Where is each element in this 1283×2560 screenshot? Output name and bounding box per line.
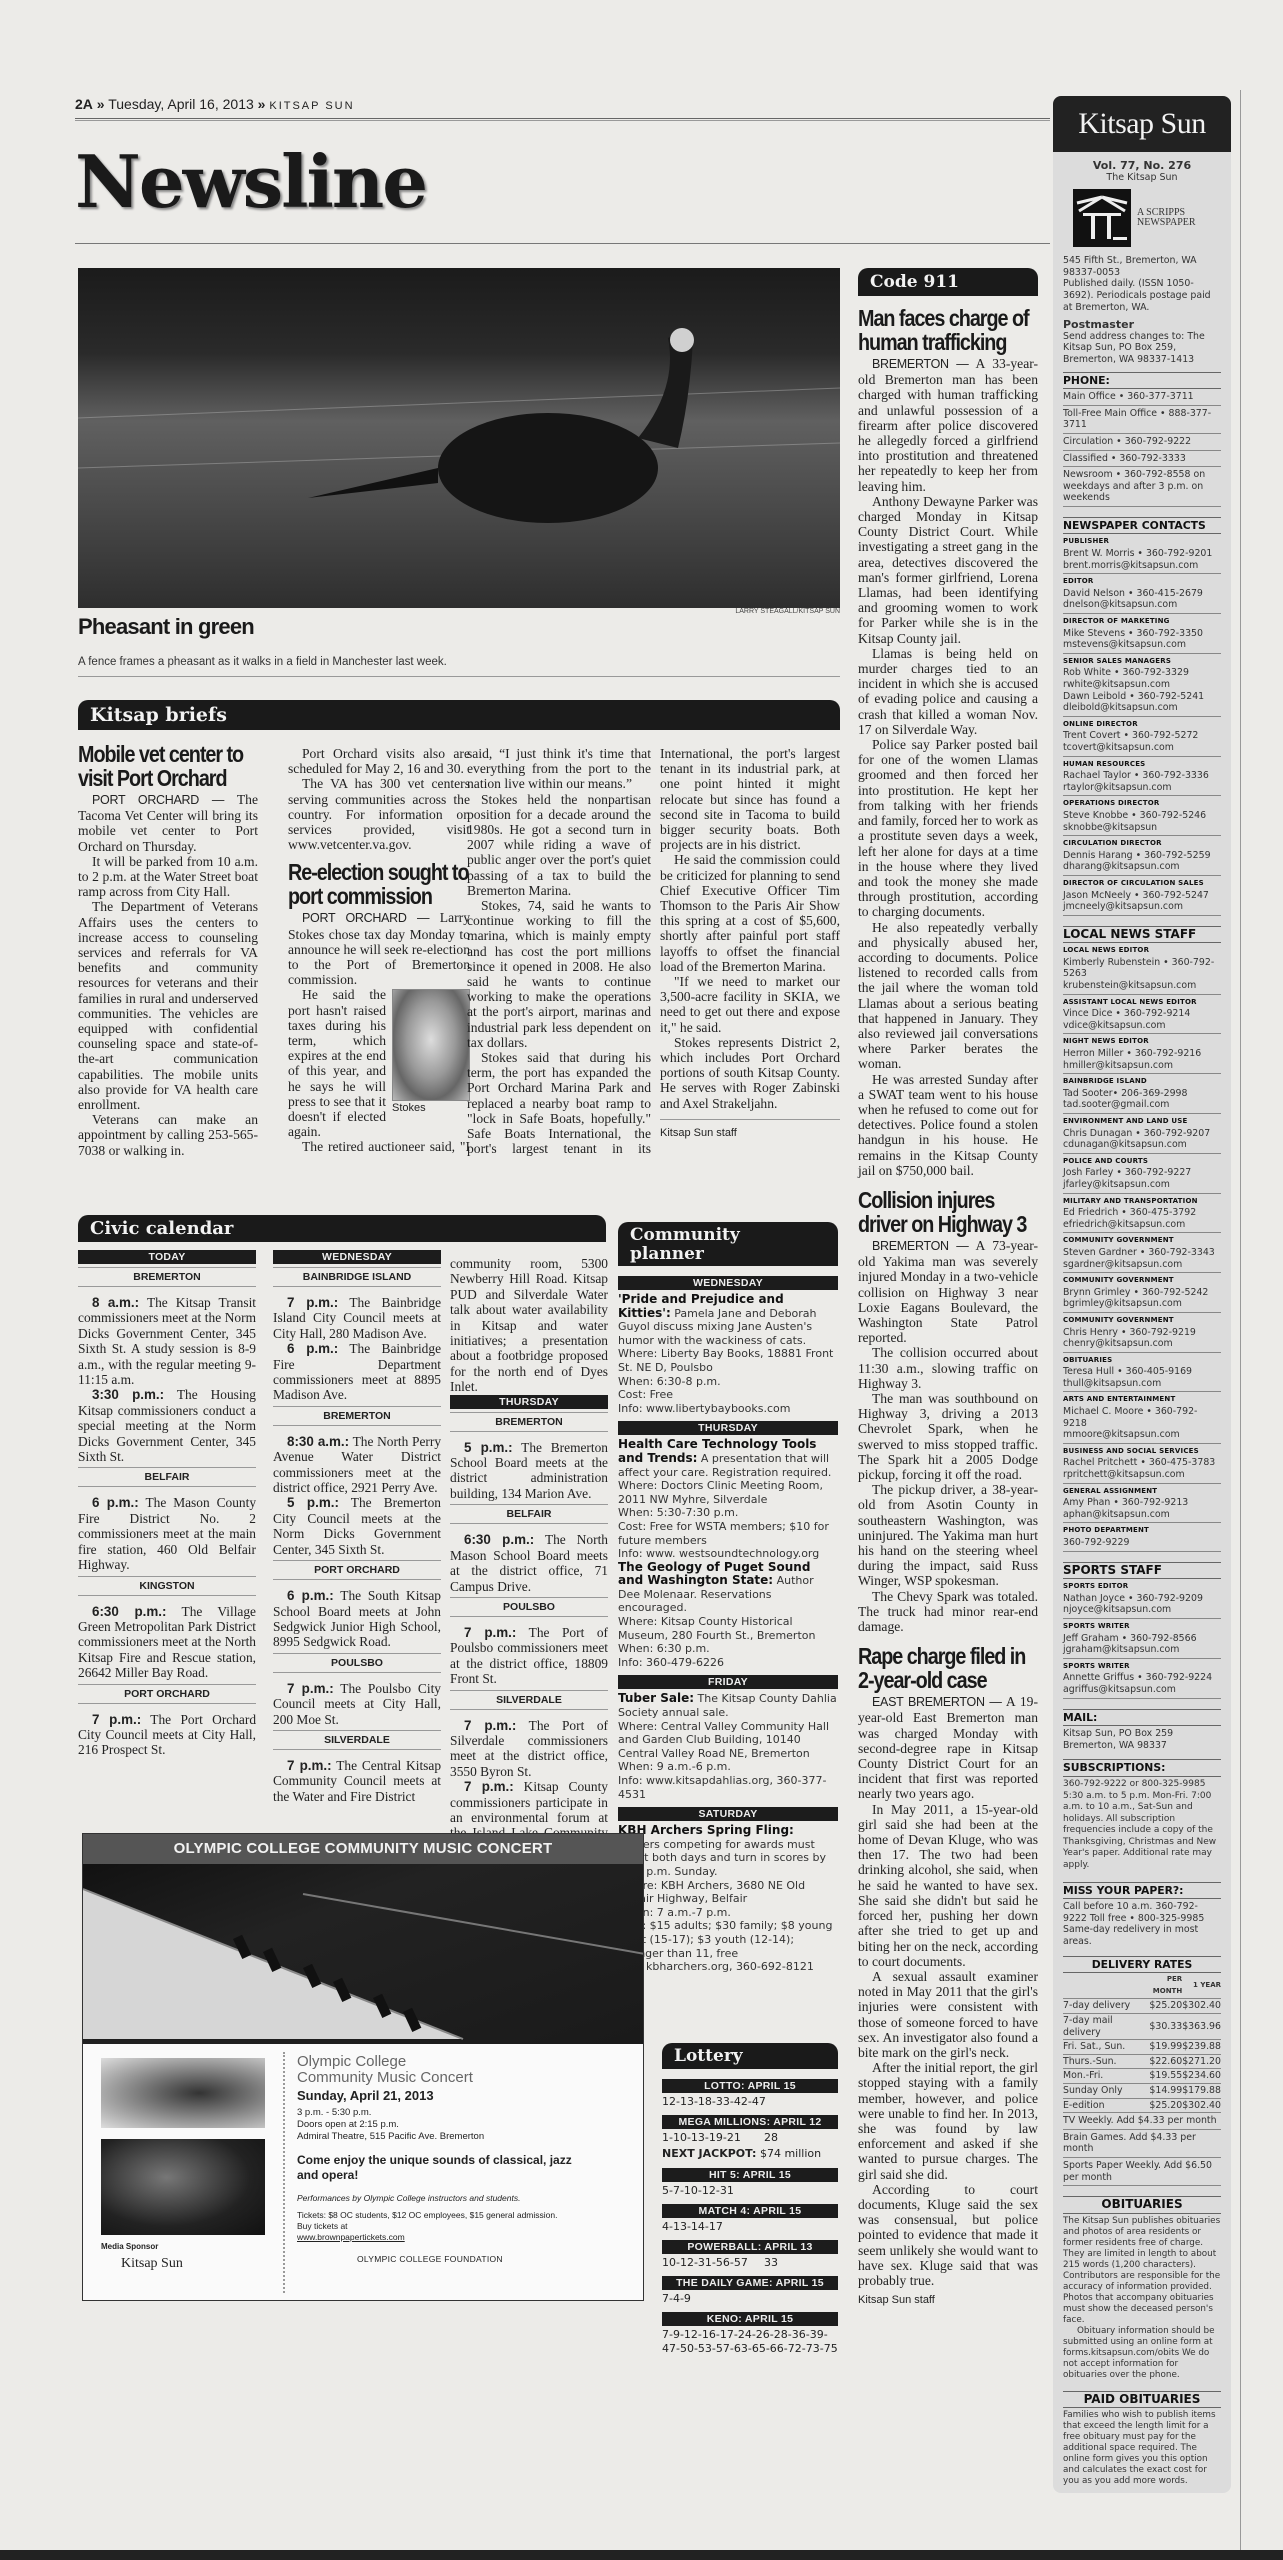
planner-day-header: SATURDAY bbox=[618, 1807, 838, 1821]
rail-volume: Vol. 77, No. 276 bbox=[1063, 160, 1221, 172]
briefs-credit: Kitsap Sun staff bbox=[660, 1127, 737, 1139]
calendar-item: 7 p.m.: The Port Orchard City Council me… bbox=[78, 1712, 256, 1758]
staff-email[interactable]: mstevens@kitsapsun.com bbox=[1063, 639, 1221, 651]
staff-contact: SPORTS EDITORNathan Joyce • 360-792-9209… bbox=[1063, 1579, 1221, 1619]
calendar-item: 7 p.m.: The Poulsbo City Council meets a… bbox=[273, 1681, 441, 1727]
calendar-location: BREMERTON bbox=[78, 1267, 256, 1287]
ad-banner: OLYMPIC COLLEGE COMMUNITY MUSIC CONCERT bbox=[83, 1834, 643, 1864]
photo-caption: A fence frames a pheasant as it walks in… bbox=[78, 656, 447, 668]
planner-event: Health Care Technology Tools and Trends:… bbox=[618, 1438, 838, 1560]
calendar-location: BREMERTON bbox=[450, 1412, 608, 1432]
ad-tickets: Tickets: $8 OC students, $12 OC employee… bbox=[297, 2210, 567, 2232]
ad-piano-image: OLYMPIC COLLEGE COMMUNITY MUSIC CONCERT bbox=[83, 1834, 643, 2044]
phone-line: Classified • 360-792-3333 bbox=[1063, 451, 1221, 468]
phone-line: Circulation • 360-792-9222 bbox=[1063, 434, 1221, 451]
staff-email[interactable]: dharang@kitsapsun.com bbox=[1063, 861, 1221, 873]
calendar-item: 8 a.m.: The Kitsap Transit commissioners… bbox=[78, 1295, 256, 1387]
staff-email[interactable]: rwhite@kitsapsun.com bbox=[1063, 679, 1221, 691]
community-planner-bar: Community planner bbox=[618, 1222, 838, 1266]
lottery-numbers: 7-9-12-16-17-24-26-28-36-39-47-50-53-57-… bbox=[662, 2326, 838, 2356]
calendar-item: 6 p.m.: The Mason County Fire District N… bbox=[78, 1495, 256, 1572]
rate-row: 7-day delivery$25.20$302.40 bbox=[1063, 1999, 1221, 2014]
kitsap-briefs-bar: Kitsap briefs bbox=[78, 700, 840, 730]
staff-contact: POLICE AND COURTSJosh Farley • 360-792-9… bbox=[1063, 1154, 1221, 1194]
staff-email[interactable]: dnelson@kitsapsun.com bbox=[1063, 599, 1221, 611]
lottery-game-header: POWERBALL: APRIL 13 bbox=[662, 2240, 838, 2254]
calendar-location: BREMERTON bbox=[273, 1406, 441, 1426]
ad-sponsor-logo: Kitsap Sun bbox=[121, 2256, 183, 2272]
brief-headline: Re-election sought to port commission bbox=[288, 860, 470, 908]
calendar-location: SILVERDALE bbox=[450, 1690, 608, 1710]
photo-credit: LARRY STEAGALL/KITSAP SUN bbox=[640, 608, 840, 615]
staff-contact: DIRECTOR OF CIRCULATION SALESJason McNee… bbox=[1063, 876, 1221, 916]
staff-contact: GENERAL ASSIGNMENTAmy Phan • 360-792-921… bbox=[1063, 1484, 1221, 1524]
staff-email[interactable]: hmiller@kitsapsun.com bbox=[1063, 1060, 1221, 1072]
staff-email[interactable]: sknobbe@kitsapsun bbox=[1063, 822, 1221, 834]
calendar-item: 6 p.m.: The South Kitsap School Board me… bbox=[273, 1588, 441, 1650]
scripps-lighthouse-icon bbox=[1073, 189, 1131, 247]
lottery-numbers: 1-10-13-19-2128 bbox=[662, 2129, 838, 2145]
lottery-numbers: 4-13-14-17 bbox=[662, 2218, 838, 2234]
photo-headline: Pheasant in green bbox=[78, 614, 254, 640]
calendar-item: 8:30 a.m.: The North Perry Avenue Water … bbox=[273, 1434, 441, 1496]
calendar-location: PORT ORCHARD bbox=[78, 1684, 256, 1704]
calendar-item: 7 p.m.: The Bainbridge Island City Counc… bbox=[273, 1295, 441, 1341]
staff-email[interactable]: mmoore@kitsapsun.com bbox=[1063, 1429, 1221, 1441]
staff-email[interactable]: brent.morris@kitsapsun.com bbox=[1063, 560, 1221, 572]
rate-row: Thurs.-Sun.$22.60$271.20 bbox=[1063, 2054, 1221, 2069]
civic-calendar-bar: Civic calendar bbox=[78, 1215, 606, 1242]
calendar-item: 7 p.m.: The Port of Poulsbo commissioner… bbox=[450, 1625, 608, 1687]
ad-foundation-logo: OLYMPIC COLLEGE FOUNDATION bbox=[357, 2254, 637, 2264]
staff-email[interactable]: aphan@kitsapsun.com bbox=[1063, 1509, 1221, 1521]
calendar-item: 6 p.m.: The Bainbridge Fire Department c… bbox=[273, 1341, 441, 1403]
staff-contact: BAINBRIDGE ISLANDTad Sooter• 206-369-299… bbox=[1063, 1074, 1221, 1114]
ad-mask-image bbox=[101, 2058, 265, 2128]
planner-day-header: WEDNESDAY bbox=[618, 1276, 838, 1290]
calendar-item: 7 p.m.: The Port of Silverdale commissio… bbox=[450, 1718, 608, 1780]
calendar-item: 6:30 p.m.: The Village Green Metropolita… bbox=[78, 1604, 256, 1681]
civic-col-today: TODAYBREMERTON8 a.m.: The Kitsap Transit… bbox=[78, 1250, 256, 1758]
staff-contact: ARTS AND ENTERTAINMENTMichael C. Moore •… bbox=[1063, 1392, 1221, 1443]
folio-line: 2A » Tuesday, April 16, 2013 » KITSAP SU… bbox=[75, 96, 355, 112]
ad-venue: Admiral Theatre, 515 Pacific Ave. Bremer… bbox=[297, 2131, 637, 2143]
staff-contact: BUSINESS AND SOCIAL SERVICESRachel Pritc… bbox=[1063, 1444, 1221, 1484]
staff-contact: SPORTS WRITERJeff Graham • 360-792-8566j… bbox=[1063, 1619, 1221, 1659]
brief-stokes-col2: said, “I just think it's time that every… bbox=[467, 746, 651, 1156]
rate-row: Mon.-Fri.$19.55$234.60 bbox=[1063, 2069, 1221, 2084]
calendar-day-header: TODAY bbox=[78, 1250, 256, 1264]
page-number: 2A bbox=[75, 96, 93, 112]
staff-email[interactable]: jgraham@kitsapsun.com bbox=[1063, 1644, 1221, 1656]
rate-row: 7-day mail delivery$30.33$363.96 bbox=[1063, 2014, 1221, 2040]
staff-email[interactable]: sgardner@kitsapsun.com bbox=[1063, 1259, 1221, 1271]
rate-row: E-edition$25.20$302.40 bbox=[1063, 2098, 1221, 2113]
calendar-item: 3:30 p.m.: The Housing Kitsap commission… bbox=[78, 1387, 256, 1464]
staff-email[interactable]: agriffus@kitsapsun.com bbox=[1063, 1684, 1221, 1696]
section-title: Newsline bbox=[75, 142, 426, 222]
issue-date: Tuesday, April 16, 2013 bbox=[108, 96, 254, 112]
code911-headline: Rape charge filed in 2-year-old case bbox=[858, 1644, 1039, 1692]
staff-email[interactable]: njoyce@kitsapsun.com bbox=[1063, 1604, 1221, 1616]
planner-event: Tuber Sale: The Kitsap County Dahlia Soc… bbox=[618, 1692, 838, 1801]
brief-stokes-col3: International, the port's largest tenant… bbox=[660, 746, 840, 1141]
paper-name: KITSAP SUN bbox=[269, 100, 354, 112]
folio-rule bbox=[75, 118, 1050, 121]
phone-line: Toll-Free Main Office • 888-377-3711 bbox=[1063, 406, 1221, 434]
ad-date: Sunday, April 21, 2013 bbox=[297, 2088, 637, 2103]
ad-ticket-link[interactable]: www.brownpapertickets.com bbox=[297, 2232, 637, 2242]
staff-email[interactable]: tcovert@kitsapsun.com bbox=[1063, 742, 1221, 754]
lottery-game-header: MATCH 4: APRIL 15 bbox=[662, 2204, 838, 2218]
staff-contact: SENIOR SALES MANAGERSRob White • 360-792… bbox=[1063, 654, 1221, 717]
lottery-results: LOTTO: APRIL 1512-13-18-33-42-47MEGA MIL… bbox=[662, 2073, 838, 2356]
rate-row: Fri. Sat., Sun.$19.99$239.88 bbox=[1063, 2040, 1221, 2055]
lottery-game-header: HIT 5: APRIL 15 bbox=[662, 2168, 838, 2182]
right-rail: Kitsap Sun Vol. 77, No. 276 The Kitsap S… bbox=[1053, 96, 1231, 2536]
lottery-game-header: KENO: APRIL 15 bbox=[662, 2312, 838, 2326]
calendar-item: 7 p.m.: The Central Kitsap Community Cou… bbox=[273, 1758, 441, 1804]
ad-tagline: Come enjoy the unique sounds of classica… bbox=[297, 2153, 577, 2183]
next-jackpot: NEXT JACKPOT: $74 million bbox=[662, 2145, 838, 2162]
rail-logo: Kitsap Sun bbox=[1053, 96, 1231, 152]
staff-email[interactable]: bgrimley@kitsapsun.com bbox=[1063, 1298, 1221, 1310]
staff-contact: DIRECTOR OF MARKETINGMike Stevens • 360-… bbox=[1063, 614, 1221, 654]
planner-listing: WEDNESDAY'Pride and Prejudice and Kittie… bbox=[618, 1270, 838, 1974]
planner-event: 'Pride and Prejudice and Kitties': Pamel… bbox=[618, 1293, 838, 1415]
lottery-game-header: LOTTO: APRIL 15 bbox=[662, 2079, 838, 2093]
calendar-item: 6:30 p.m.: The North Mason School Board … bbox=[450, 1532, 608, 1594]
staff-email[interactable]: krubenstein@kitsapsun.com bbox=[1063, 980, 1221, 992]
lottery-numbers: 5-7-10-12-31 bbox=[662, 2182, 838, 2198]
phone-line: Newsroom • 360-792-8558 on weekdays and … bbox=[1063, 467, 1221, 507]
stokes-headshot: Stokes bbox=[392, 989, 470, 1116]
staff-contact: NIGHT NEWS EDITORHerron Miller • 360-792… bbox=[1063, 1034, 1221, 1074]
staff-contact: OPERATIONS DIRECTORSteve Knobbe • 360-79… bbox=[1063, 796, 1221, 836]
concert-ad: OLYMPIC COLLEGE COMMUNITY MUSIC CONCERT … bbox=[82, 1833, 644, 2301]
calendar-location: POULSBO bbox=[450, 1597, 608, 1617]
delivery-rates-table: PER MONTH1 YEAR7-day delivery$25.20$302.… bbox=[1063, 1973, 1221, 2113]
ad-title: Olympic College Community Music Concert bbox=[297, 2054, 637, 2086]
planner-event: The Geology of Puget Sound and Washingto… bbox=[618, 1561, 838, 1670]
calendar-location: BELFAIR bbox=[450, 1504, 608, 1524]
staff-email[interactable]: rpritchett@kitsapsun.com bbox=[1063, 1469, 1221, 1481]
planner-day-header: FRIDAY bbox=[618, 1675, 838, 1689]
calendar-item: 5 p.m.: The Bremerton School Board meets… bbox=[450, 1440, 608, 1502]
ad-sponsor-label: Media Sponsor bbox=[101, 2242, 158, 2251]
staff-email[interactable]: thull@kitsapsun.com bbox=[1063, 1378, 1221, 1390]
calendar-day-header: WEDNESDAY bbox=[273, 1250, 441, 1264]
lottery-numbers: 7-4-9 bbox=[662, 2290, 838, 2306]
section-rule bbox=[75, 243, 1050, 244]
staff-email[interactable]: jfarley@kitsapsun.com bbox=[1063, 1179, 1221, 1191]
calendar-day-header: THURSDAY bbox=[450, 1395, 608, 1409]
calendar-location: PORT ORCHARD bbox=[273, 1560, 441, 1580]
staff-contact: ONLINE DIRECTORTrent Covert • 360-792-52… bbox=[1063, 717, 1221, 757]
staff-contact: PUBLISHERBrent W. Morris • 360-792-9201b… bbox=[1063, 534, 1221, 574]
staff-contact: EDITORDavid Nelson • 360-415-2679dnelson… bbox=[1063, 574, 1221, 614]
calendar-location: KINGSTON bbox=[78, 1576, 256, 1596]
code911-headline: Collision injures driver on Highway 3 bbox=[858, 1188, 1039, 1236]
code911-headline: Man faces charge of human trafficking bbox=[858, 306, 1039, 354]
staff-contact: ENVIRONMENT AND LAND USEChris Dunagan • … bbox=[1063, 1114, 1221, 1154]
staff-contact: OBITUARIESTeresa Hull • 360-405-9169thul… bbox=[1063, 1353, 1221, 1393]
civic-col-thursday: community room, 5300 Newberry Hill Road.… bbox=[450, 1256, 608, 1856]
staff-contact: MILITARY AND TRANSPORTATIONEd Friedrich … bbox=[1063, 1194, 1221, 1234]
calendar-location: BELFAIR bbox=[78, 1467, 256, 1487]
staff-contact: LOCAL NEWS EDITORKimberly Rubenstein • 3… bbox=[1063, 943, 1221, 994]
lottery-game-header: MEGA MILLIONS: APRIL 12 bbox=[662, 2115, 838, 2129]
staff-contact: COMMUNITY GOVERNMENTSteven Gardner • 360… bbox=[1063, 1233, 1221, 1273]
calendar-location: POULSBO bbox=[273, 1653, 441, 1673]
staff-email[interactable]: chenry@kitsapsun.com bbox=[1063, 1338, 1221, 1350]
brief-stokes-col1: Port Orchard visits also are scheduled f… bbox=[288, 746, 470, 1154]
code911-credit: Kitsap Sun staff bbox=[858, 2294, 1038, 2306]
staff-email[interactable]: jmcneely@kitsapsun.com bbox=[1063, 901, 1221, 913]
staff-contact: CIRCULATION DIRECTORDennis Harang • 360-… bbox=[1063, 836, 1221, 876]
planner-day-header: THURSDAY bbox=[618, 1421, 838, 1435]
rate-row: Sunday Only$14.99$179.88 bbox=[1063, 2083, 1221, 2098]
calendar-location: BAINBRIDGE ISLAND bbox=[273, 1267, 441, 1287]
calendar-location: SILVERDALE bbox=[273, 1730, 441, 1750]
staff-contact: SPORTS WRITERAnnette Griffus • 360-792-9… bbox=[1063, 1659, 1221, 1699]
planner-event: KBH Archers Spring Fling: Archers compet… bbox=[618, 1824, 838, 1974]
staff-email[interactable]: cdunagan@kitsapsun.com bbox=[1063, 1139, 1221, 1151]
staff-email[interactable]: tad.sooter@gmail.com bbox=[1063, 1099, 1221, 1111]
staff-email[interactable]: vdice@kitsapsun.com bbox=[1063, 1020, 1221, 1032]
lottery-bar: Lottery bbox=[662, 2043, 838, 2069]
staff-email[interactable]: efriedrich@kitsapsun.com bbox=[1063, 1219, 1221, 1231]
staff-contact: COMMUNITY GOVERNMENTChris Henry • 360-79… bbox=[1063, 1313, 1221, 1353]
staff-contact: COMMUNITY GOVERNMENTBrynn Grimley • 360-… bbox=[1063, 1273, 1221, 1313]
lottery-numbers: 10-12-31-56-5733 bbox=[662, 2254, 838, 2270]
brief-headline: Mobile vet center to visit Port Orchard bbox=[78, 742, 259, 790]
staff-contact: HUMAN RESOURCESRachael Taylor • 360-792-… bbox=[1063, 757, 1221, 797]
staff-email[interactable]: rtaylor@kitsapsun.com bbox=[1063, 782, 1221, 794]
lottery-game-header: THE DAILY GAME: APRIL 15 bbox=[662, 2276, 838, 2290]
lottery-numbers: 12-13-18-33-42-47 bbox=[662, 2093, 838, 2109]
staff-contact: ASSISTANT LOCAL NEWS EDITORVince Dice • … bbox=[1063, 995, 1221, 1035]
staff-contact: PHOTO DEPARTMENT360-792-9229 bbox=[1063, 1523, 1221, 1551]
ad-performers-image bbox=[101, 2139, 265, 2235]
civic-col-wednesday: WEDNESDAYBAINBRIDGE ISLAND7 p.m.: The Ba… bbox=[273, 1250, 441, 1804]
code911-bar: Code 911 bbox=[858, 268, 1038, 296]
staff-email[interactable]: dleibold@kitsapsun.com bbox=[1063, 702, 1221, 714]
calendar-item: 5 p.m.: The Bremerton City Council meets… bbox=[273, 1495, 441, 1557]
calendar-item: community room, 5300 Newberry Hill Road.… bbox=[450, 1256, 608, 1395]
pheasant-photo bbox=[78, 268, 840, 608]
brief-vet-center: Mobile vet center to visit Port Orchard … bbox=[78, 742, 258, 1158]
code911-stories: Man faces charge of human traffickingBRE… bbox=[858, 306, 1038, 2306]
phone-line: Main Office • 360-377-3711 bbox=[1063, 389, 1221, 406]
